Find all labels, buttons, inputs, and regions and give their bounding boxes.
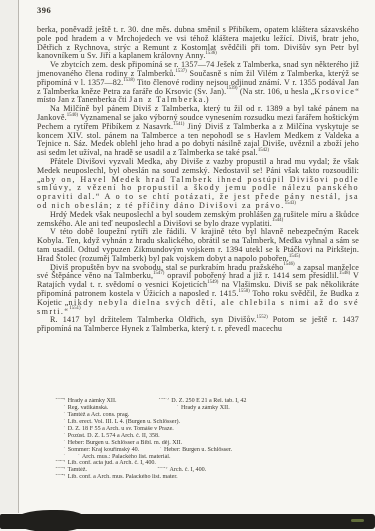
footnote-reference: 1536) [206,51,217,56]
footnote-number: 1536) [55,398,65,400]
footnote-row: 1552) Lib. conf. a Arch. mus. Palackého … [55,474,359,481]
footnote-entry: 1552) Lib. conf. a Arch. mus. Palackého … [55,474,178,481]
footnote-entry: 1539) Hrady a zámky XII. [168,405,230,412]
footnote-text: Lib. conf. a Arch. mus. Palackého list. … [66,474,177,480]
footnote-text: D. Z. 18 F 55 a Arch. u sv. Tomáše v Pra… [66,426,174,432]
footnote-text: Arch. mus.: Palackého list. materiál. [81,454,171,460]
footnote-entry: 1551) Arch. č. I, 400. [157,467,206,474]
letterspaced-emphasis: Krsovice [314,87,355,96]
footnote-text: Hrady a zámky XII. [179,405,229,411]
footnote-number: 1547) a 1548) [55,454,80,456]
footnote-entry: 1547) a 1548) Arch. mus.: Palackého list… [55,454,171,461]
letterspaced-emphasis: Jan z Talmberka [129,95,204,104]
footnote-entry: 1536) Hrady a zámky XII. [55,398,117,405]
footnote-row: 1544) Heber: Burgen u. Schlösser a Bibl.… [55,440,359,447]
footnote-entry: 1538) Reg. vatikánská. [55,405,108,412]
footnote-reference: 1545) [289,254,300,259]
footnote-row: 1545) Sommer: Kraj kouřimský 40.1546) He… [55,447,359,454]
text-run: R. 1417 byl držitelem Talmberka Oldřich,… [50,315,256,324]
footnote-entry: 1542) D. Z. 18 F 55 a Arch. u sv. Tomáše… [55,426,174,433]
page-number: 396 [37,5,51,15]
footnote-text: Heber: Burgen u. Schlösser. [162,447,232,453]
paragraph: Hrdý Medek však neuposlechl a byl soudem… [37,211,359,229]
text-run: opravil pobořený hrad a již r. 1414 sem … [164,271,339,280]
footnote-reference: 1550) [239,289,250,294]
paragraph: R. 1417 byl držitelem Talmberka Oldřich,… [37,316,359,334]
footnote-entry: 1549) Lib. conf. acta jud. a Arch. č. I,… [55,460,156,467]
footnote-reference: 1539) [226,86,237,91]
footnote-reference: 1549) [207,280,218,285]
footnote-number: 1551) [157,467,167,469]
text-run: .) [204,95,209,104]
footnote-reference: 1542) [258,148,269,153]
footnote-reference: 1552) [256,315,267,320]
footnote-text: Tamtéž a Act. cons. prag. [66,412,129,418]
paragraph: Přátele Divišovi vyzvali Medka, aby Divi… [37,158,359,211]
letterspaced-emphasis: aby on, Havel Medek hrad Talmberk ihned … [37,175,359,210]
footnote-text: Pozůst. D. Z. L 574 a Arch. č. II, 358. [66,433,159,439]
footnote-number: 1550) [55,467,65,469]
footnote-reference: 1544) [272,218,283,223]
footnote-entry: 1540) Tamtéž a Act. cons. prag. [55,412,129,419]
text-run: berka, poněvadž ještě t. r. 30. dne měs.… [37,25,359,60]
footnote-entry: 1550) Tamtéž. [55,467,87,474]
footnote-number: 1552) [55,474,65,476]
body-text-column: berka, poněvadž ještě t. r. 30. dne měs.… [37,26,359,334]
footnote-row: 1543) Pozůst. D. Z. L 574 a Arch. č. II,… [55,433,359,440]
scan-bottom-bar [0,514,375,529]
footnote-row: 1547) a 1548) Arch. mus.: Palackého list… [55,454,359,461]
footnote-block: 1536) Hrady a zámky XII.1537) D. Z. 250 … [55,398,359,481]
footnote-row: 1549) Lib. conf. acta jud. a Arch. č. I,… [55,460,359,467]
footnote-entry: 1541) Lib. erect. Vol. III. L 4. (Burgen… [55,419,180,426]
footnote-entry: 1544) Heber: Burgen u. Schlösser a Bibl.… [55,440,182,447]
footnote-reference: 1540) [67,113,78,118]
footnote-reference: 1548) [339,271,350,276]
footnote-number: 1539) [168,405,178,407]
footnote-reference: 1543) [285,201,296,206]
text-run: V této době loupežní rytíři zle řádili. … [37,227,359,262]
footnote-number: 1538) [55,405,65,407]
footnote-text: Reg. vatikánská. [66,405,108,411]
footnote-number: 1543) [55,433,65,435]
footnote-number: 1541) [55,419,65,421]
footnote-entry: 1545) Sommer: Kraj kouřimský 40. [55,447,139,454]
footnote-number: 1546) [151,447,161,449]
footnote-text: Lib. conf. acta jud. a Arch. č. I, 400. [66,460,156,466]
text-run: (Na str. 106, u hesla „ [238,87,315,96]
footnote-row: 1541) Lib. erect. Vol. III. L 4. (Burgen… [55,419,359,426]
footnote-row: 1542) D. Z. 18 F 55 a Arch. u sv. Tomáše… [55,426,359,433]
footnote-text: Arch. č. I, 400. [168,467,206,473]
footnote-row: 1538) Reg. vatikánská.1539) Hrady a zámk… [55,405,359,412]
paragraph: berka, poněvadž ještě t. r. 30. dne měs.… [37,26,359,61]
footnote-text: Heber: Burgen u. Schlösser a Bibl. m. dě… [66,440,182,446]
footnote-entry: 1543) Pozůst. D. Z. L 574 a Arch. č. II,… [55,433,160,440]
footnote-row: 1536) Hrady a zámky XII.1537) D. Z. 250 … [55,398,359,405]
scan-artifact-mark-icon [351,519,364,522]
footnote-reference: 1546) [283,262,294,267]
footnote-row: 1540) Tamtéž a Act. cons. prag. [55,412,359,419]
footnote-row: 1550) Tamtéž.1551) Arch. č. I, 400. [55,467,359,474]
footnote-number: 1542) [55,426,65,428]
footnote-number: 1537) [159,398,169,400]
footnote-text: Lib. erect. Vol. III. L 4. (Burgen u. Sc… [66,419,180,425]
footnote-number: 1545) [55,447,65,449]
footnote-entry: 1537) D. Z. 250 E 21 a Rel. tab. I, 42 [159,398,247,405]
footnote-number: 1544) [55,440,65,442]
scanned-book-page: 396 berka, poněvadž ještě t. r. 30. dne … [0,0,375,531]
paragraph: Na Milčíně byl pánem Diviš z Talmberka, … [37,105,359,158]
footnote-entry: 1546) Heber: Burgen u. Schlösser. [151,447,232,454]
paragraph: Diviš propuštěn byv na svobodu, stal se … [37,264,359,317]
footnote-reference: 1537) [176,69,187,74]
text-run: Hrdý Medek však neuposlechl a byl soudem… [37,210,359,228]
letterspaced-emphasis: nikdy nebyla dielna svých dětí, ale chle… [37,298,359,316]
paragraph: Ve zbytcích zem. desk připomíná se r. 13… [37,61,359,105]
footnote-reference: 1551) [69,306,80,311]
footnote-number: 1540) [55,412,65,414]
footnote-reference: 1541) [173,122,184,127]
footnote-reference: 1547) [153,271,164,276]
paragraph: V této době loupežní rytíři zle řádili. … [37,228,359,263]
footnote-text: D. Z. 250 E 21 a Rel. tab. I, 42 [170,398,247,404]
footnote-text: Sommer: Kraj kouřimský 40. [66,447,139,453]
page-content: 396 berka, poněvadž ještě t. r. 30. dne … [0,0,375,513]
footnote-text: Hrady a zámky XII. [66,398,116,404]
footnote-number: 1549) [55,460,65,462]
footnote-reference: 1538) [123,78,134,83]
footnote-text: Tamtéž. [66,467,87,473]
